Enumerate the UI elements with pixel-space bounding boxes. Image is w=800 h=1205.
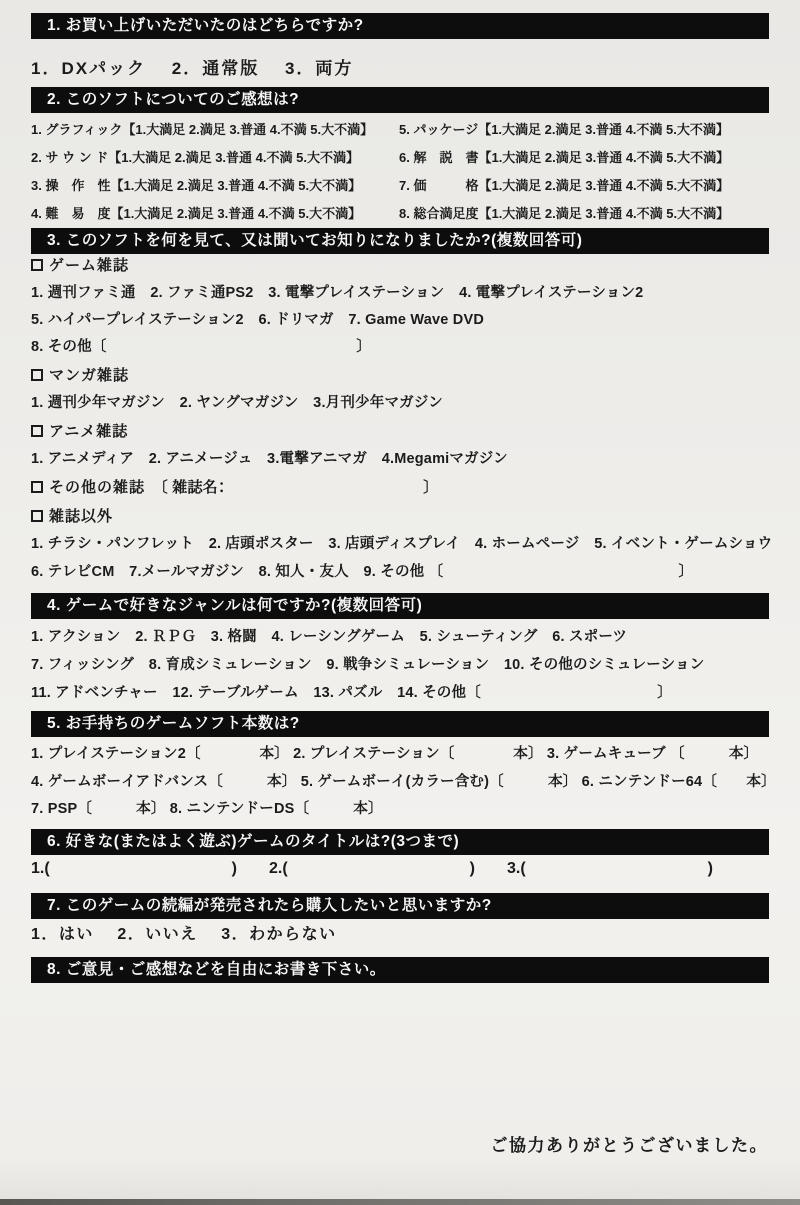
rating-label: 2. サ ウ ン ド — [31, 150, 108, 165]
rating-scale: 【1.大満足 2.満足 3.普通 4.不満 5.大不満】 — [110, 178, 361, 193]
option-line: 1. アニメディア 2. アニメージュ 3.電撃アニマガ 4.Megamiマガジ… — [31, 447, 776, 468]
title-field-2: 2.() — [269, 860, 475, 878]
section-4-header: 4. ゲームで好きなジャンルは何ですか?(複数回答可) — [31, 593, 769, 619]
purchase-options: 1．DXパック 2．通常版 3．両方 — [31, 54, 776, 79]
rating-scale: 【1.大満足 2.満足 3.普通 4.不満 5.大不満】 — [478, 122, 729, 137]
console-count-line: 4. ゲームボーイアドバンス〔 本〕 5. ゲームボーイ(カラー含む)〔 本〕 … — [31, 770, 776, 791]
category-anime-magazines: アニメ雑誌 — [31, 420, 771, 441]
checkbox-icon — [31, 425, 43, 437]
rating-label: 1. グラフィック — [31, 122, 122, 137]
rating-item-manual: 6. 解 説 書【1.大満足 2.満足 3.普通 4.不満 5.大不満】 — [399, 147, 773, 166]
console-count-line: 7. PSP〔 本〕 8. ニンテンドーDS〔 本〕 — [31, 797, 776, 818]
option-line: 6. テレビCM 7.メールマガジン 8. 知人・友人 9. その他 〔 〕 — [31, 560, 776, 581]
rating-label: 5. パッケージ — [399, 122, 478, 137]
rating-scale: 【1.大満足 2.満足 3.普通 4.不満 5.大不満】 — [110, 206, 361, 221]
survey-card: 1. お買い上げいただいたのはどちらですか? 1．DXパック 2．通常版 3．両… — [0, 0, 800, 1205]
genre-line: 1. アクション 2. ＲＰＧ 3. 格闘 4. レーシングゲーム 5. シュー… — [31, 625, 776, 646]
favorite-title-fields: 1.() 2.() 3.() — [31, 860, 713, 878]
section-5-header: 5. お手持ちのゲームソフト本数は? — [31, 711, 769, 737]
category-label: ゲーム雑誌 — [49, 257, 129, 274]
checkbox-icon — [31, 259, 43, 271]
category-other-magazines: その他の雑誌 〔 雑誌名： 〕 — [31, 476, 771, 497]
checkbox-icon — [31, 369, 43, 381]
section-8-header: 8. ご意見・ご感想などを自由にお書き下さい。 — [31, 957, 769, 983]
section-3-header: 3. このソフトを何を見て、又は聞いてお知りになりましたか?(複数回答可) — [31, 228, 769, 254]
category-label: 雑誌以外 — [49, 508, 113, 525]
category-label: その他の雑誌 — [49, 479, 145, 496]
category-label: アニメ雑誌 — [49, 423, 128, 440]
rating-scale: 【1.大満足 2.満足 3.普通 4.不満 5.大不満】 — [122, 122, 373, 137]
thanks-message: ご協力ありがとうございました。 — [491, 1131, 769, 1156]
rating-item-overall: 8. 総合満足度【1.大満足 2.満足 3.普通 4.不満 5.大不満】 — [399, 203, 773, 222]
bracket-open: 2.( — [269, 860, 288, 878]
rating-label: 8. 総合満足度 — [399, 206, 478, 221]
checkbox-icon — [31, 481, 43, 493]
section-6-header: 6. 好きな(またはよく遊ぶ)ゲームのタイトルは?(3つまで) — [31, 829, 769, 855]
category-non-magazine: 雑誌以外 — [31, 505, 771, 526]
category-manga-magazines: マンガ雑誌 — [31, 364, 771, 385]
rating-item-difficulty: 4. 難 易 度【1.大満足 2.満足 3.普通 4.不満 5.大不満】 — [31, 203, 399, 222]
section-1-header: 1. お買い上げいただいたのはどちらですか? — [31, 13, 769, 39]
checkbox-icon — [31, 510, 43, 522]
rating-label: 4. 難 易 度 — [31, 206, 110, 221]
rating-scale: 【1.大満足 2.満足 3.普通 4.不満 5.大不満】 — [108, 150, 359, 165]
scan-bottom-edge — [0, 1199, 800, 1205]
section-2-header: 2. このソフトについてのご感想は? — [31, 87, 769, 113]
rating-scale: 【1.大満足 2.満足 3.普通 4.不満 5.大不満】 — [478, 206, 729, 221]
free-comment-area — [31, 990, 769, 1120]
rating-label: 7. 価 格 — [399, 178, 478, 193]
title-field-3: 3.() — [507, 860, 713, 878]
rating-item-price: 7. 価 格【1.大満足 2.満足 3.普通 4.不満 5.大不満】 — [399, 175, 773, 194]
rating-item-controls: 3. 操 作 性【1.大満足 2.満足 3.普通 4.不満 5.大不満】 — [31, 175, 399, 194]
magazine-name-field: 〔 雑誌名： 〕 — [145, 479, 438, 496]
rating-item-package: 5. パッケージ【1.大満足 2.満足 3.普通 4.不満 5.大不満】 — [399, 119, 773, 138]
rating-item-sound: 2. サ ウ ン ド【1.大満足 2.満足 3.普通 4.不満 5.大不満】 — [31, 147, 399, 166]
rating-item-graphics: 1. グラフィック【1.大満足 2.満足 3.普通 4.不満 5.大不満】 — [31, 119, 399, 138]
sequel-purchase-options: 1．はい 2．いいえ 3．わからない — [31, 921, 776, 944]
rating-label: 6. 解 説 書 — [399, 150, 478, 165]
bracket-open: 1.( — [31, 860, 50, 878]
option-line: 8. その他〔 〕 — [31, 335, 776, 356]
genre-line: 7. フィッシング 8. 育成シミュレーション 9. 戦争シミュレーション 10… — [31, 653, 776, 674]
category-label: マンガ雑誌 — [49, 367, 129, 384]
bracket-open: 3.( — [507, 860, 526, 878]
option-line: 1. 週刊少年マガジン 2. ヤングマガジン 3.月刊少年マガジン — [31, 391, 776, 412]
title-field-1: 1.() — [31, 860, 237, 878]
option-line: 5. ハイパープレイステーション2 6. ドリマガ 7. Game Wave D… — [31, 308, 776, 329]
category-game-magazines: ゲーム雑誌 — [31, 254, 771, 275]
rating-scale: 【1.大満足 2.満足 3.普通 4.不満 5.大不満】 — [478, 150, 729, 165]
rating-label: 3. 操 作 性 — [31, 178, 110, 193]
console-count-line: 1. プレイステーション2〔 本〕 2. プレイステーション〔 本〕 3. ゲー… — [31, 742, 776, 763]
rating-scale: 【1.大満足 2.満足 3.普通 4.不満 5.大不満】 — [478, 178, 729, 193]
section-7-header: 7. このゲームの続編が発売されたら購入したいと思いますか? — [31, 893, 769, 919]
bracket-close: ) — [708, 860, 713, 878]
satisfaction-ratings: 1. グラフィック【1.大満足 2.満足 3.普通 4.不満 5.大不満】 5.… — [31, 114, 773, 226]
option-line: 1. 週刊ファミ通 2. ファミ通PS2 3. 電撃プレイステーション 4. 電… — [31, 281, 776, 302]
genre-line: 11. アドベンチャー 12. テーブルゲーム 13. パズル 14. その他〔… — [31, 681, 776, 702]
option-line: 1. チラシ・パンフレット 2. 店頭ポスター 3. 店頭ディスプレイ 4. ホ… — [31, 532, 776, 553]
